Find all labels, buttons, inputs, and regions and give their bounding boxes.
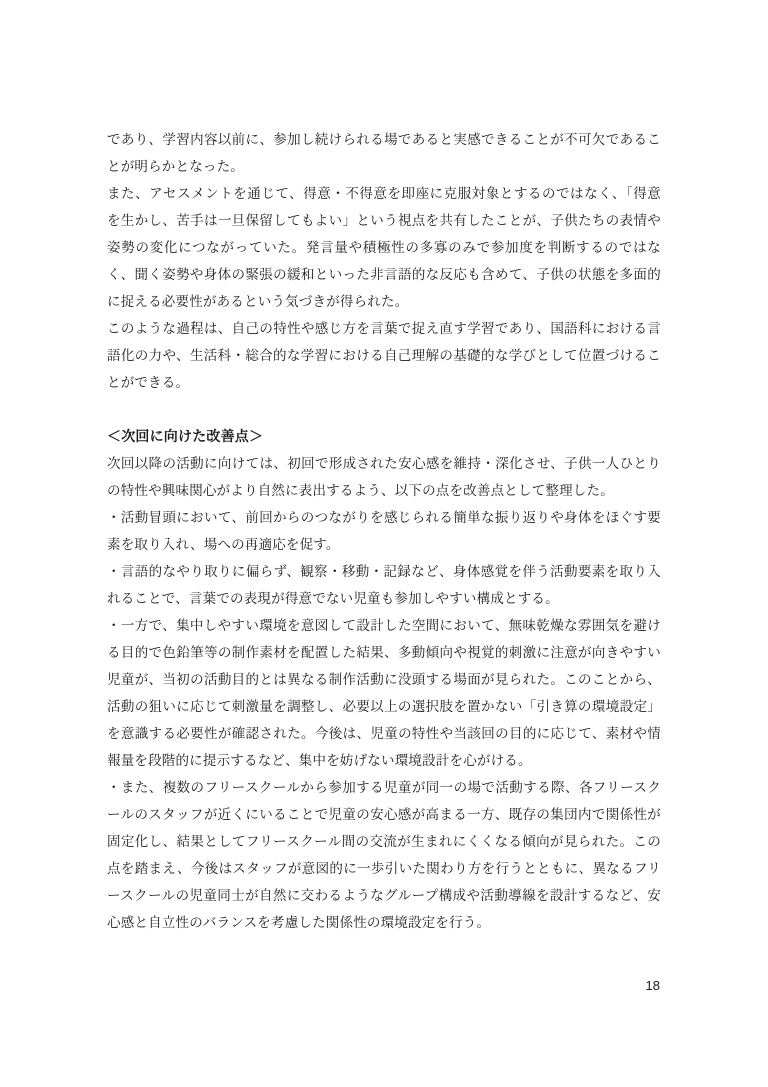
body-paragraph: また、アセスメントを通じて、得意・不得意を即座に克服対象とするのではなく、「得意…: [107, 180, 661, 315]
page-number: 18: [646, 978, 660, 993]
body-paragraph: このような過程は、自己の特性や感じ方を言葉で捉え直す学習であり、国語科における言…: [107, 315, 661, 396]
improvement-intro-paragraph: 次回以降の活動に向けては、初回で形成された安心感を維持・深化させ、子供一人ひとり…: [107, 450, 661, 504]
section-heading: ＜次回に向けた改善点＞: [107, 423, 661, 450]
document-body: であり、学習内容以前に、参加し続けられる場であると実感できることが不可欠であるこ…: [107, 126, 661, 936]
improvement-point: ・また、複数のフリースクールから参加する児童が同一の場で活動する際、各フリースク…: [107, 774, 661, 936]
improvement-point: ・一方で、集中しやすい環境を意図して設計した空間において、無味乾燥な雰囲気を避け…: [107, 612, 661, 774]
improvement-point: ・活動冒頭において、前回からのつながりを感じられる簡単な振り返りや身体をほぐす要…: [107, 504, 661, 558]
improvement-point: ・言語的なやり取りに偏らず、観察・移動・記録など、身体感覚を伴う活動要素を取り入…: [107, 558, 661, 612]
body-paragraph: であり、学習内容以前に、参加し続けられる場であると実感できることが不可欠であるこ…: [107, 126, 661, 180]
